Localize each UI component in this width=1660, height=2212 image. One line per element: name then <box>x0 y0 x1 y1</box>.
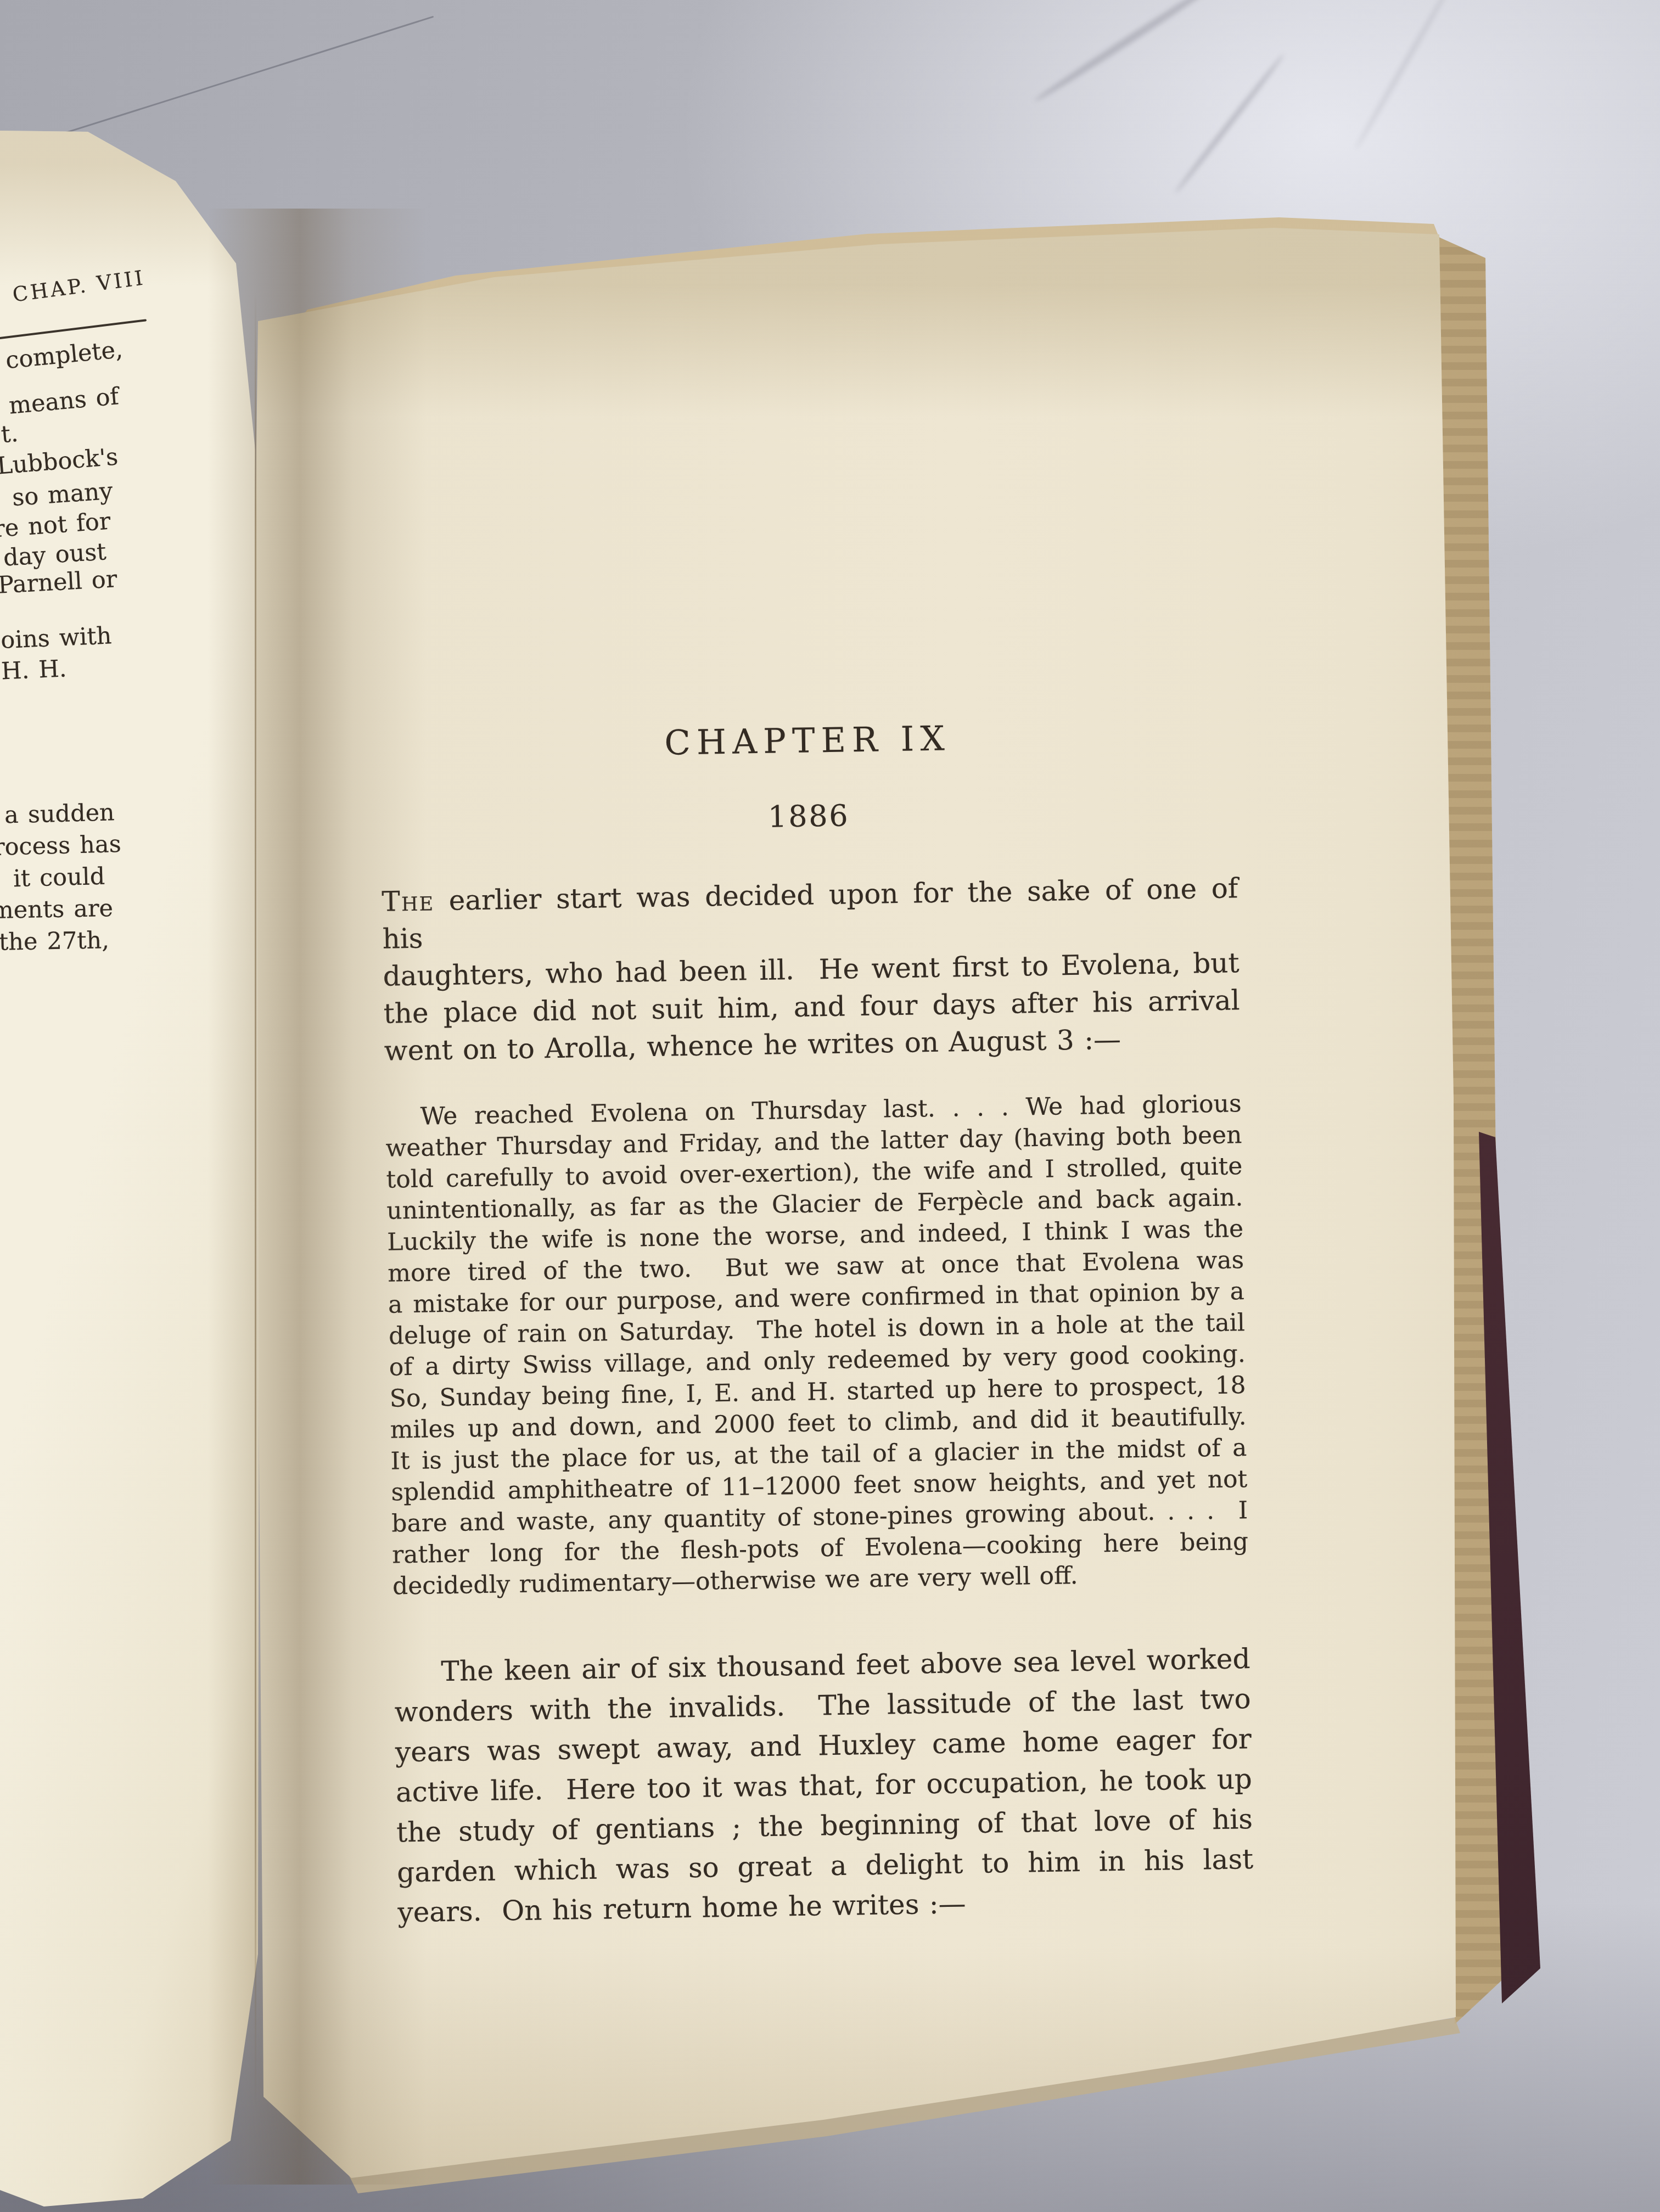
closing-paragraph: The keen air of six thousand feet above … <box>394 1639 1254 1933</box>
opening-paragraph: The earlier start was decided upon for t… <box>382 869 1241 1069</box>
gutter-crease-line <box>255 291 256 2113</box>
lead-word: The <box>382 885 434 917</box>
chapter-heading: CHAPTER IX <box>379 714 1236 767</box>
running-head: CHAP. VIII <box>11 266 147 306</box>
text-fragment: H. H. <box>1 655 68 685</box>
text-fragment: it could <box>13 863 105 892</box>
chapter-year: 1886 <box>380 792 1237 840</box>
text-line-rest: earlier start was decided upon for the s… <box>382 872 1248 955</box>
letter-quote: We reached Evolena on Thursday last. . .… <box>385 1088 1249 1602</box>
running-head-rule <box>0 319 147 340</box>
right-page-text-block: CHAPTER IX 1886 The earlier start was de… <box>379 697 1254 1933</box>
text-fragment: t. <box>0 420 19 449</box>
text-fragment: a sudden <box>4 799 115 829</box>
text-line: The earlier start was decided upon for t… <box>382 869 1239 957</box>
text-fragment: complete, <box>4 336 124 374</box>
left-page: CHAP. VIII complete, means of t. Lubbock… <box>0 0 285 2212</box>
text-fragment: ments are <box>0 895 113 924</box>
text-fragment: means of <box>8 383 120 419</box>
text-fragment: Parnell or <box>0 565 118 599</box>
text-fragment: rocess has <box>0 830 121 861</box>
text-fragment: so many <box>11 478 114 512</box>
text-fragment: re not for <box>0 508 111 543</box>
text-fragment: Lubbock's <box>0 443 119 480</box>
text-fragment: the 27th, <box>0 927 109 956</box>
text-fragment: joins with <box>0 622 112 654</box>
